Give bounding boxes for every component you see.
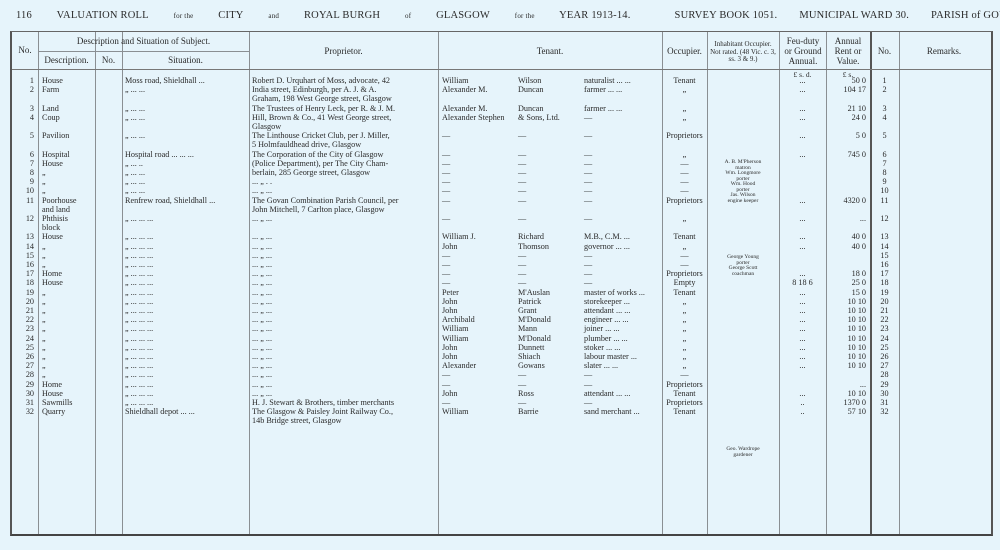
valuation-table: No. Description and Situation of Subject… <box>10 31 993 536</box>
cell-no-r: 19 <box>870 289 899 298</box>
cell-situation: „ ... ... ... <box>125 335 247 344</box>
cell-rent: 10 10 <box>826 325 866 334</box>
cell-situation: „ ... ... ... <box>125 371 247 380</box>
cell-proprietor: ... „ ... <box>252 243 437 252</box>
survey-book: SURVEY BOOK 1051. <box>675 10 778 21</box>
cell-situation: Renfrew road, Shieldhall ... <box>125 197 247 206</box>
cell-tenant-occ: — <box>584 261 660 270</box>
cell-feu: ... <box>779 151 826 160</box>
cell-occupier: — <box>662 371 707 380</box>
cell-feu: ... <box>779 105 826 114</box>
cell-occupier: „ <box>662 114 707 123</box>
cell-desc: „ <box>42 298 97 307</box>
cell-proprietor: ... „ . . <box>252 178 437 187</box>
cell-feu: .. <box>779 408 826 417</box>
cell-tenant-first: William J. <box>442 233 522 242</box>
cell-no-r: 3 <box>870 105 899 114</box>
cell-tenant-first: — <box>442 279 522 288</box>
cell-tenant-last: — <box>518 252 588 261</box>
cell-tenant-first: — <box>442 178 522 187</box>
cell-tenant-occ: farmer ... ... <box>584 105 660 114</box>
cell-occupier: „ <box>662 215 707 224</box>
cell-no-r: 13 <box>870 233 899 242</box>
cell-no-r: 24 <box>870 335 899 344</box>
cell-rent: 57 10 <box>826 408 866 417</box>
cell-rent: 25 0 <box>826 279 866 288</box>
col-header-no-right: No. <box>870 46 899 56</box>
cell-proprietor: ... „ ... <box>252 289 437 298</box>
cell-proprietor: ... „ ... <box>252 316 437 325</box>
cell-tenant-occ: M.B., C.M. ... <box>584 233 660 242</box>
cell-proprietor: ... „ ... <box>252 325 437 334</box>
cell-desc: „ <box>42 325 97 334</box>
cell-proprietor: ... „ ... <box>252 252 437 261</box>
cell-no: 6 <box>12 151 34 160</box>
cell-proprietor: The Trustees of Henry Leck, per R. & J. … <box>252 105 437 114</box>
cell-no: 10 <box>12 187 34 196</box>
cell-tenant-last: — <box>518 132 588 141</box>
cell-proprietor: The Corporation of the City of Glasgow <box>252 151 437 160</box>
cell-tenant-first: John <box>442 390 522 399</box>
cell-situation: Hospital road ... ... ... <box>125 151 247 160</box>
cell-desc: „ <box>42 187 97 196</box>
cell-desc: „ <box>42 178 97 187</box>
cell-no-r: 5 <box>870 132 899 141</box>
cell-tenant-last: & Sons, Ltd. <box>518 114 588 123</box>
cell-proprietor: ... „ ... <box>252 261 437 270</box>
cell-tenant-first: Alexander M. <box>442 105 522 114</box>
cell-proprietor: berlain, 285 George street, Glasgow <box>252 169 437 178</box>
parish: PARISH of GOVAN. <box>931 10 1000 21</box>
cell-no: 23 <box>12 325 34 334</box>
cell-desc: Quarry <box>42 408 97 417</box>
cell-tenant-occ: — <box>584 381 660 390</box>
cell-desc: „ <box>42 252 97 261</box>
cell-occupier: Tenant <box>662 233 707 242</box>
cell-situation: „ ... ... <box>125 132 247 141</box>
cell-tenant-occ: farmer ... ... <box>584 86 660 95</box>
cell-tenant-occ: joiner ... ... <box>584 325 660 334</box>
cell-occupier: Proprietors <box>662 197 707 206</box>
col-header-desc-no: No. <box>95 55 122 65</box>
cell-tenant-last: M'Donald <box>518 335 588 344</box>
cell-feu: ... <box>779 233 826 242</box>
cell-no: 19 <box>12 289 34 298</box>
cell-desc: House <box>42 233 97 242</box>
cell-tenant-occ: — <box>584 270 660 279</box>
cell-tenant-first: John <box>442 243 522 252</box>
cell-tenant-first: — <box>442 381 522 390</box>
cell-feu: ... <box>779 114 826 123</box>
col-header-description: Description. <box>38 55 95 65</box>
cell-situation: „ ... ... <box>125 105 247 114</box>
cell-no-r: 2 <box>870 86 899 95</box>
cell-no-r: 12 <box>870 215 899 224</box>
page-title: 116 VALUATION ROLL for the CITY and ROYA… <box>16 10 653 21</box>
cell-situation: „ ... ... ... <box>125 381 247 390</box>
cell-proprietor: Graham, 198 West George street, Glasgow <box>252 95 437 104</box>
cell-tenant-last: — <box>518 169 588 178</box>
cell-tenant-first: Alexander M. <box>442 86 522 95</box>
cell-tenant-occ: attendant ... ... <box>584 390 660 399</box>
cell-situation: Shieldhall depot ... ... <box>125 408 247 417</box>
cell-occupier: — <box>662 187 707 196</box>
cell-no: 18 <box>12 279 34 288</box>
cell-rent: 104 17 <box>826 86 866 95</box>
cell-feu: ... <box>779 132 826 141</box>
cell-no-r: 29 <box>870 381 899 390</box>
cell-desc: „ <box>42 289 97 298</box>
cell-tenant-last: — <box>518 151 588 160</box>
col-header-proprietor: Proprietor. <box>249 46 438 56</box>
cell-occupier: „ <box>662 151 707 160</box>
inhabitant-role: gardener <box>707 452 779 458</box>
row-divider <box>38 51 249 52</box>
cell-desc: „ <box>42 353 97 362</box>
cell-tenant-last: Duncan <box>518 86 588 95</box>
cell-no: 11 <box>12 197 34 206</box>
cell-situation: „ ... ... <box>125 114 247 123</box>
cell-tenant-occ: — <box>584 197 660 206</box>
cell-desc: Hospital <box>42 151 97 160</box>
cell-occupier: Tenant <box>662 408 707 417</box>
cell-rent: 24 0 <box>826 114 866 123</box>
cell-no-r: 18 <box>870 279 899 288</box>
cell-tenant-occ: — <box>584 187 660 196</box>
cell-situation: „ ... ... ... <box>125 325 247 334</box>
cell-tenant-first: — <box>442 197 522 206</box>
cell-tenant-last: M'Auslan <box>518 289 588 298</box>
cell-rent: 21 10 <box>826 105 866 114</box>
col-divider <box>38 32 39 534</box>
cell-no-r: 14 <box>870 243 899 252</box>
col-header-situation: Situation. <box>122 55 249 65</box>
cell-no: 5 <box>12 132 34 141</box>
cell-tenant-first: — <box>442 132 522 141</box>
col-header-feu-duty: Feu-duty or Ground Annual. <box>782 36 824 66</box>
cell-proprietor: ... „ ... <box>252 307 437 316</box>
cell-tenant-last: — <box>518 197 588 206</box>
inhabitant-role: coachman <box>707 271 779 277</box>
cell-proprietor: John Mitchell, 7 Carlton place, Glasgow <box>252 206 437 215</box>
cell-tenant-first: — <box>442 169 522 178</box>
cell-tenant-occ: — <box>584 279 660 288</box>
cell-tenant-last: Mann <box>518 325 588 334</box>
cell-tenant-first: — <box>442 160 522 169</box>
cell-proprietor: 14b Bridge street, Glasgow <box>252 417 437 426</box>
cell-occupier: „ <box>662 86 707 95</box>
col-header-annual: Annual Rent or Value. <box>827 36 869 66</box>
cell-no: 28 <box>12 371 34 380</box>
cell-desc: Home <box>42 381 97 390</box>
cell-tenant-last: — <box>518 215 588 224</box>
col-header-remarks: Remarks. <box>899 46 989 56</box>
cell-tenant-last: Richard <box>518 233 588 242</box>
cell-tenant-first: — <box>442 215 522 224</box>
cell-desc: Land <box>42 105 97 114</box>
cell-proprietor: The Govan Combination Parish Council, pe… <box>252 197 437 206</box>
cell-rent: 10 10 <box>826 335 866 344</box>
cell-occupier: „ <box>662 105 707 114</box>
cell-situation: „ ... ... <box>125 187 247 196</box>
cell-feu: ... <box>779 289 826 298</box>
cell-feu: ... <box>779 325 826 334</box>
cell-desc: „ <box>42 169 97 178</box>
cell-proprietor: ... „ ... <box>252 362 437 371</box>
cell-no: 29 <box>12 381 34 390</box>
cell-desc: „ <box>42 344 97 353</box>
page-header: 116 VALUATION ROLL for the CITY and ROYA… <box>16 10 991 21</box>
col-divider <box>707 32 708 534</box>
cell-tenant-last: Gowans <box>518 362 588 371</box>
cell-no: 32 <box>12 408 34 417</box>
cell-occupier: Proprietors <box>662 132 707 141</box>
cell-occupier: „ <box>662 243 707 252</box>
cell-tenant-last: — <box>518 160 588 169</box>
col-header-no: No. <box>12 45 38 55</box>
cell-no: 4 <box>12 114 34 123</box>
cell-no: 24 <box>12 335 34 344</box>
cell-desc: „ <box>42 316 97 325</box>
cell-tenant-first: William <box>442 325 522 334</box>
cell-tenant-first: William <box>442 408 522 417</box>
cell-tenant-last: — <box>518 279 588 288</box>
cell-occupier: Proprietors <box>662 381 707 390</box>
cell-situation: „ ... ... ... <box>125 279 247 288</box>
cell-tenant-last: Ross <box>518 390 588 399</box>
cell-tenant-last: Duncan <box>518 105 588 114</box>
cell-rent: ... <box>826 381 866 390</box>
cell-situation: „ ... ... ... <box>125 243 247 252</box>
col-header-tenant: Tenant. <box>438 46 662 56</box>
cell-tenant-occ: — <box>584 160 660 169</box>
cell-tenant-first: William <box>442 335 522 344</box>
cell-desc: „ <box>42 243 97 252</box>
cell-proprietor: ... „ ... <box>252 344 437 353</box>
cell-no: 14 <box>12 243 34 252</box>
cell-proprietor: ... „ ... <box>252 279 437 288</box>
cell-proprietor: ... „ ... <box>252 298 437 307</box>
cell-proprietor: ... „ ... <box>252 381 437 390</box>
col-divider <box>249 32 250 534</box>
cell-no-r: 23 <box>870 325 899 334</box>
cell-rent: 745 0 <box>826 151 866 160</box>
cell-no-r: 6 <box>870 151 899 160</box>
cell-no-r: 11 <box>870 197 899 206</box>
cell-tenant-occ: — <box>584 151 660 160</box>
cell-desc: „ <box>42 371 97 380</box>
cell-tenant-last: Thomson <box>518 243 588 252</box>
col-divider <box>438 32 439 534</box>
cell-tenant-first: — <box>442 252 522 261</box>
cell-feu: ... <box>779 362 826 371</box>
cell-tenant-last: — <box>518 261 588 270</box>
cell-tenant-last: — <box>518 371 588 380</box>
cell-occupier: Empty <box>662 279 707 288</box>
cell-tenant-occ: governor ... ... <box>584 243 660 252</box>
cell-feu: ... <box>779 215 826 224</box>
cell-desc: „ <box>42 362 97 371</box>
cell-proprietor: ... „ ... <box>252 353 437 362</box>
cell-proprietor: ... „ ... <box>252 371 437 380</box>
cell-feu: ... <box>779 243 826 252</box>
cell-situation: „ ... ... ... <box>125 233 247 242</box>
cell-tenant-last: — <box>518 270 588 279</box>
cell-desc: „ <box>42 307 97 316</box>
cell-tenant-first: Peter <box>442 289 522 298</box>
cell-tenant-first: Alexander Stephen <box>442 114 522 123</box>
cell-rent: 4320 0 <box>826 197 866 206</box>
cell-no-r: 28 <box>870 371 899 380</box>
cell-tenant-first: — <box>442 270 522 279</box>
cell-rent: 5 0 <box>826 132 866 141</box>
cell-feu: ... <box>779 86 826 95</box>
cell-tenant-occ: — <box>584 252 660 261</box>
cell-tenant-occ: master of works ... <box>584 289 660 298</box>
cell-feu: ... <box>779 197 826 206</box>
cell-situation: „ ... ... ... <box>125 215 247 224</box>
cell-situation: „ ... ... <box>125 86 247 95</box>
cell-tenant-first: — <box>442 151 522 160</box>
cell-tenant-occ: — <box>584 114 660 123</box>
cell-rent: ... <box>826 215 866 224</box>
cell-proprietor: ... „ ... <box>252 270 437 279</box>
cell-proprietor: ... „ ... <box>252 335 437 344</box>
cell-proprietor: 5 Holmfauldhead drive, Glasgow <box>252 141 437 150</box>
cell-tenant-occ: — <box>584 371 660 380</box>
cell-tenant-first: Alexander <box>442 362 522 371</box>
cell-tenant-first: — <box>442 187 522 196</box>
cell-proprietor: ... „ ... <box>252 215 437 224</box>
cell-feu: 8 18 6 <box>779 279 826 288</box>
cell-desc: Farm <box>42 86 97 95</box>
cell-no-r: 32 <box>870 408 899 417</box>
cell-no-r: 10 <box>870 187 899 196</box>
cell-tenant-occ: sand merchant ... <box>584 408 660 417</box>
cell-desc: Pavilion <box>42 132 97 141</box>
cell-tenant-last: — <box>518 187 588 196</box>
col-divider <box>899 32 900 534</box>
cell-rent: 40 0 <box>826 243 866 252</box>
cell-proprietor: ... „ ... <box>252 187 437 196</box>
cell-situation: „ ... ... ... <box>125 289 247 298</box>
cell-no: 2 <box>12 86 34 95</box>
cell-tenant-last: Barrie <box>518 408 588 417</box>
cell-no: 12 <box>12 215 34 224</box>
cell-no: 13 <box>12 233 34 242</box>
cell-occupier: „ <box>662 325 707 334</box>
cell-tenant-occ: — <box>584 132 660 141</box>
cell-tenant-occ: — <box>584 215 660 224</box>
col-divider <box>122 32 123 534</box>
cell-desc: Poorhouse <box>42 197 97 206</box>
cell-occupier: Tenant <box>662 289 707 298</box>
cell-tenant-first: — <box>442 371 522 380</box>
cell-tenant-last: — <box>518 381 588 390</box>
cell-desc: House <box>42 160 97 169</box>
cell-tenant-last: — <box>518 178 588 187</box>
cell-tenant-occ: plumber ... ... <box>584 335 660 344</box>
cell-no-r: 4 <box>870 114 899 123</box>
cell-occupier: „ <box>662 335 707 344</box>
cell-feu: ... <box>779 335 826 344</box>
cell-tenant-occ: — <box>584 178 660 187</box>
cell-rent: 10 10 <box>826 362 866 371</box>
cell-tenant-occ: — <box>584 169 660 178</box>
col-header-inhabitant: Inhabitant Occupier. Not rated. (48 Vic.… <box>709 41 777 64</box>
inhabitant-role: engine keeper <box>707 198 779 204</box>
cell-no: 3 <box>12 105 34 114</box>
municipal-ward: MUNICIPAL WARD 30. <box>799 10 909 21</box>
cell-rent: 40 0 <box>826 233 866 242</box>
cell-tenant-occ: slater ... ... <box>584 362 660 371</box>
col-header-occupier: Occupier. <box>662 46 707 56</box>
col-header-desc-group: Description and Situation of Subject. <box>38 36 249 46</box>
cell-tenant-first: — <box>442 261 522 270</box>
cell-proprietor: ... „ ... <box>252 233 437 242</box>
cell-desc: „ <box>42 335 97 344</box>
cell-rent: 15 0 <box>826 289 866 298</box>
cell-desc: Coup <box>42 114 97 123</box>
cell-desc: House <box>42 279 97 288</box>
